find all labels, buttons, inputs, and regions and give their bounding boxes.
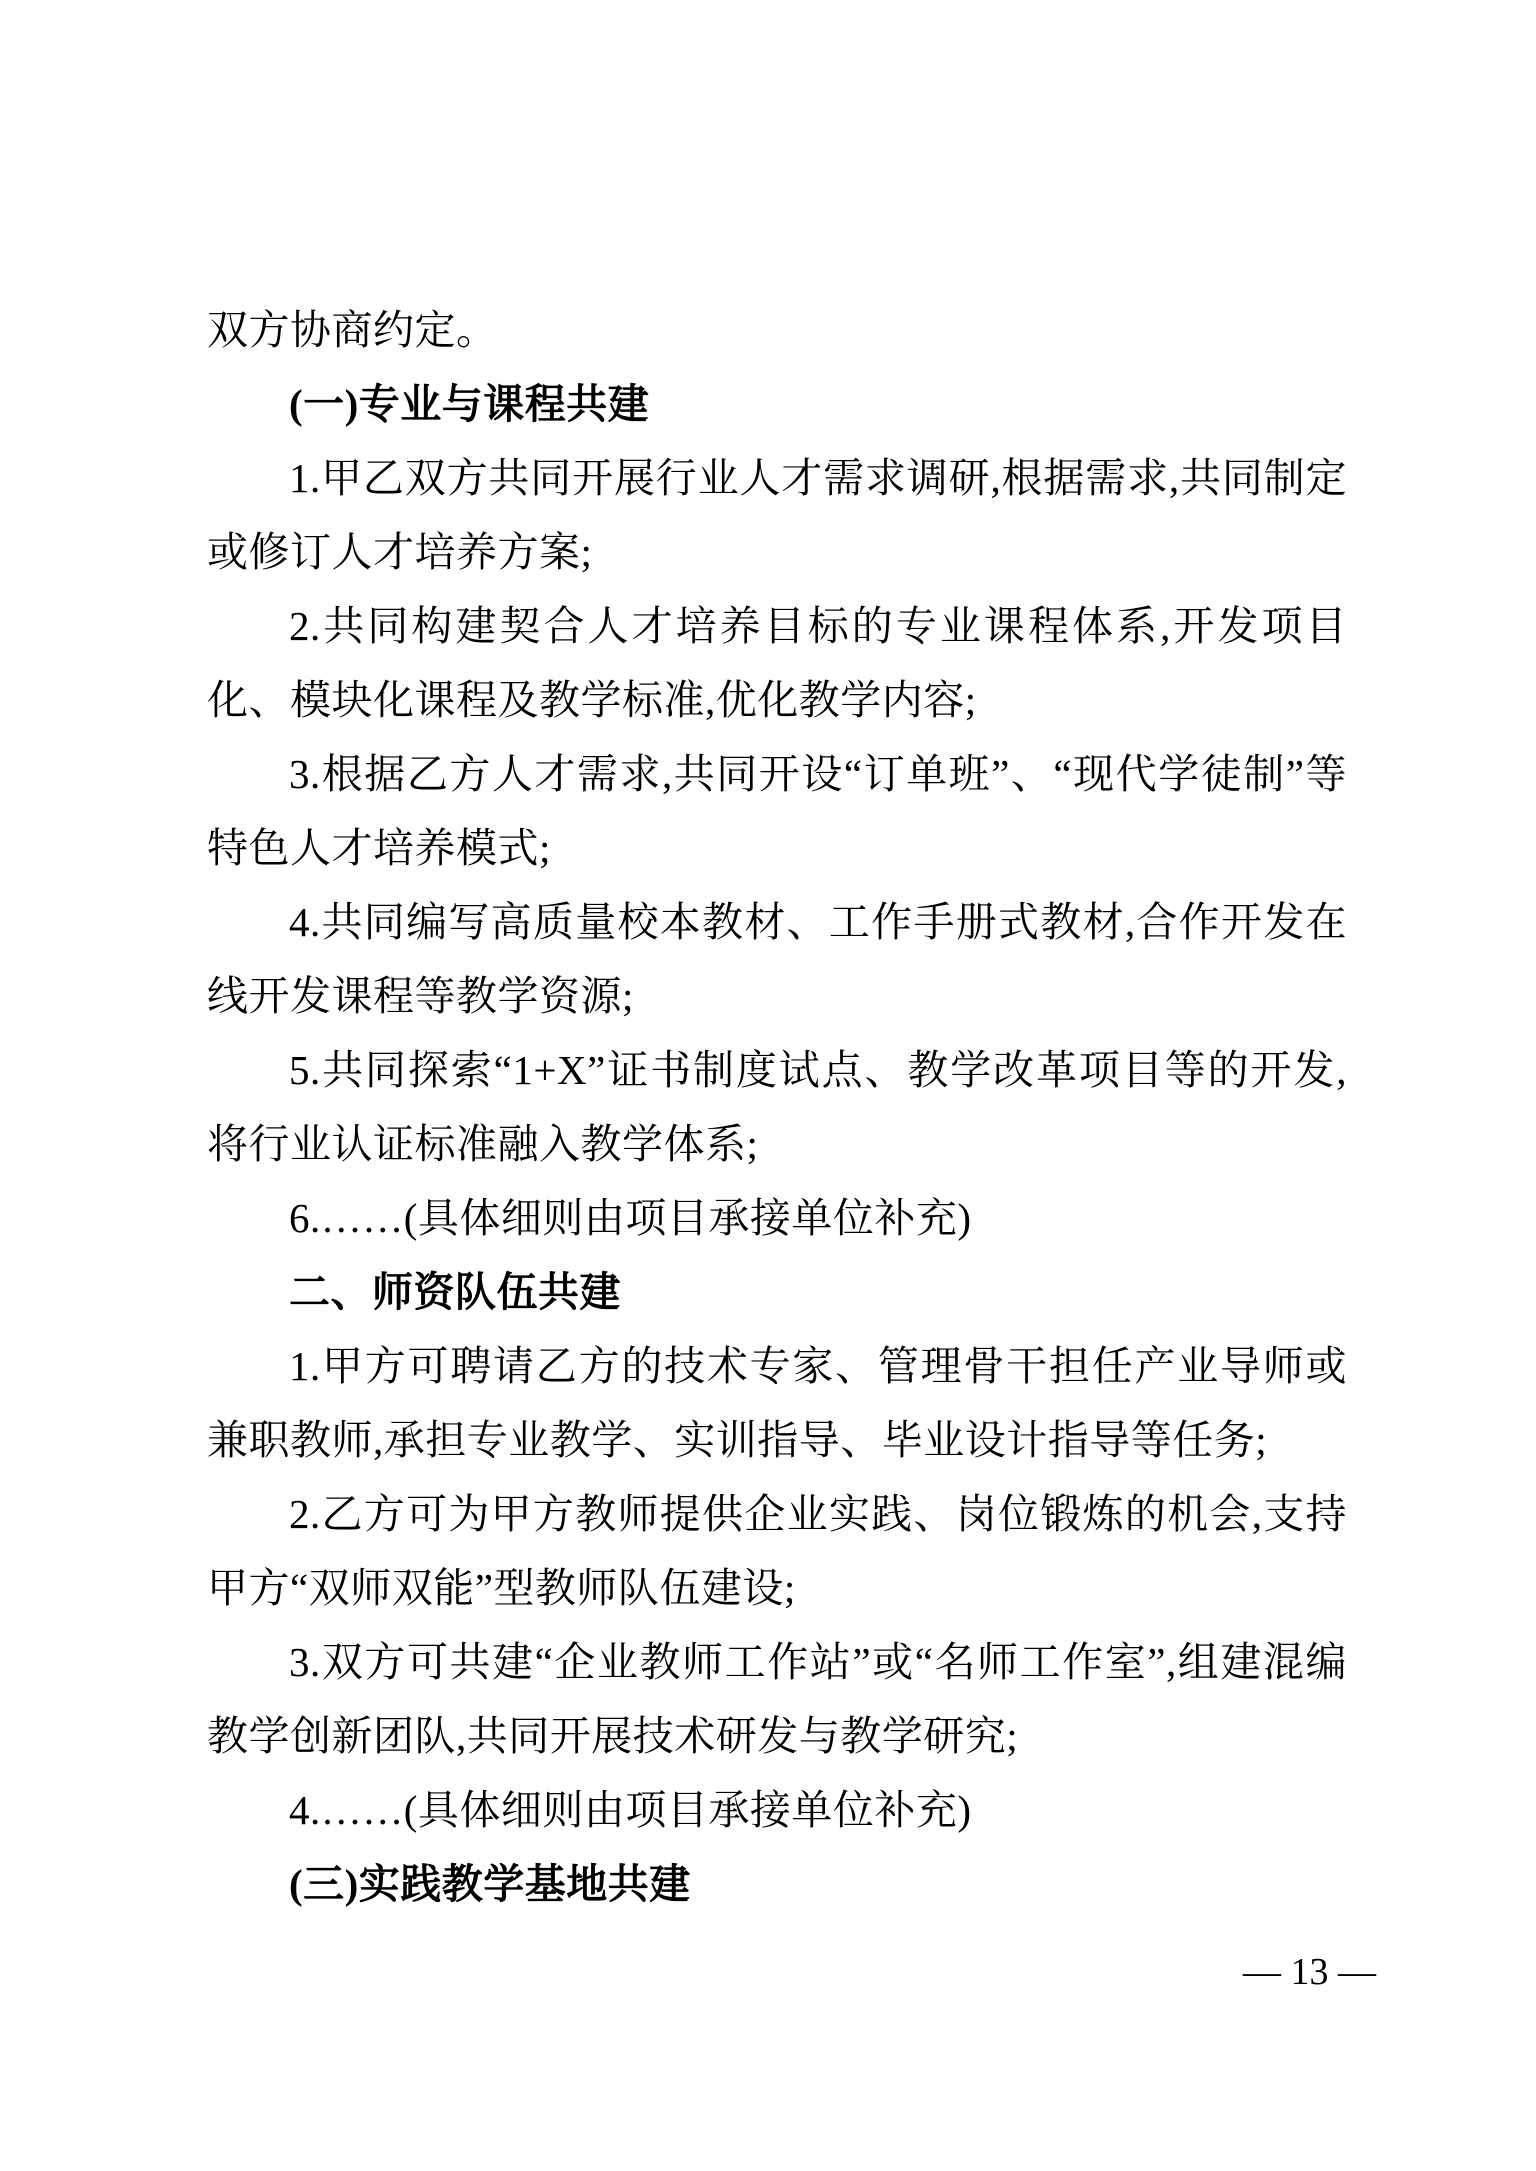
document-page: 双方协商约定。(一)专业与课程共建1.甲乙双方共同开展行业人才需求调研,根据需求… bbox=[0, 0, 1536, 2171]
body-paragraph: 6.……(具体细则由项目承接单位补充) bbox=[207, 1181, 1347, 1255]
body-paragraph: 3.双方可共建“企业教师工作站”或“名师工作室”,组建混编教学创新团队,共同开展… bbox=[207, 1625, 1347, 1773]
page-number: — 13 — bbox=[1243, 1950, 1376, 1994]
section-heading: (三)实践教学基地共建 bbox=[207, 1847, 1347, 1921]
body-paragraph: 1.甲乙双方共同开展行业人才需求调研,根据需求,共同制定或修订人才培养方案; bbox=[207, 441, 1347, 589]
document-body: 双方协商约定。(一)专业与课程共建1.甲乙双方共同开展行业人才需求调研,根据需求… bbox=[207, 293, 1347, 1921]
body-paragraph: 4.……(具体细则由项目承接单位补充) bbox=[207, 1773, 1347, 1847]
body-paragraph: 4.共同编写高质量校本教材、工作手册式教材,合作开发在线开发课程等教学资源; bbox=[207, 885, 1347, 1033]
body-paragraph: 2.共同构建契合人才培养目标的专业课程体系,开发项目化、模块化课程及教学标准,优… bbox=[207, 589, 1347, 737]
body-paragraph: 1.甲方可聘请乙方的技术专家、管理骨干担任产业导师或兼职教师,承担专业教学、实训… bbox=[207, 1329, 1347, 1477]
body-paragraph: 3.根据乙方人才需求,共同开设“订单班”、“现代学徒制”等特色人才培养模式; bbox=[207, 737, 1347, 885]
section-heading: 二、师资队伍共建 bbox=[207, 1255, 1347, 1329]
section-heading: (一)专业与课程共建 bbox=[207, 367, 1347, 441]
body-paragraph: 双方协商约定。 bbox=[207, 293, 1347, 367]
body-paragraph: 2.乙方可为甲方教师提供企业实践、岗位锻炼的机会,支持甲方“双师双能”型教师队伍… bbox=[207, 1477, 1347, 1625]
body-paragraph: 5.共同探索“1+X”证书制度试点、教学改革项目等的开发,将行业认证标准融入教学… bbox=[207, 1033, 1347, 1181]
